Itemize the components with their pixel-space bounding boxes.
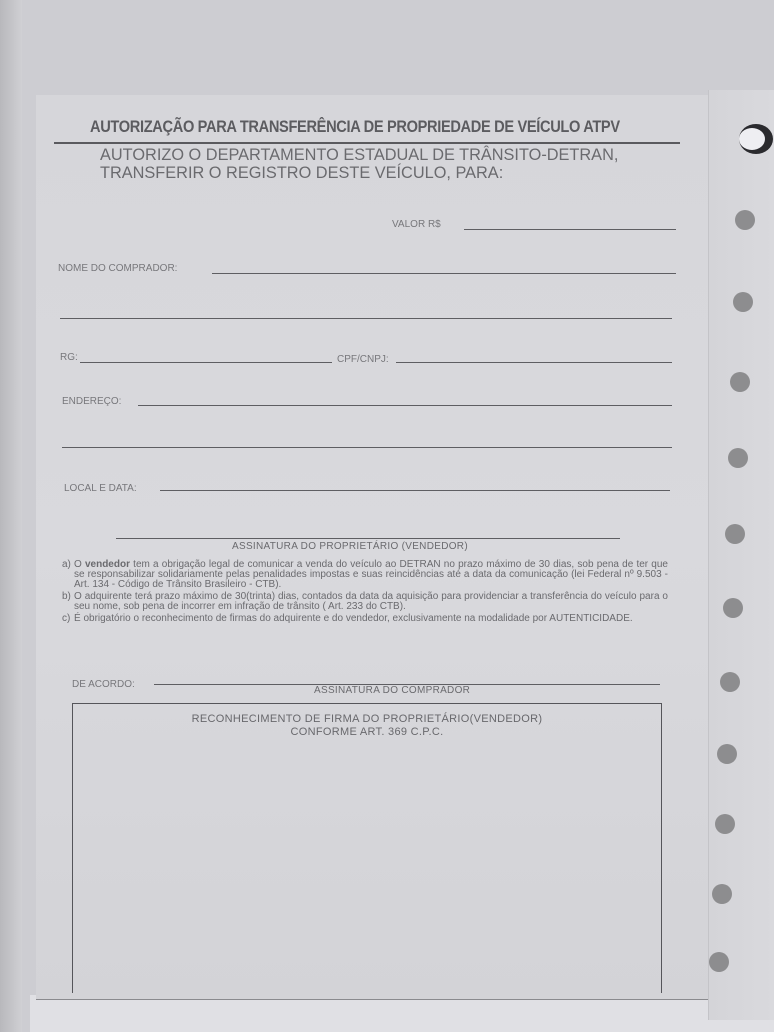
underlying-page xyxy=(30,995,774,1032)
cpf-cnpj-label: CPF/CNPJ: xyxy=(337,354,389,365)
agreement-label: DE ACORDO: xyxy=(72,679,135,690)
valor-field[interactable] xyxy=(464,229,676,230)
rg-label: RG: xyxy=(60,352,78,363)
subtitle-line-2: TRANSFERIR O REGISTRO DESTE VEÍCULO, PAR… xyxy=(100,164,618,182)
perforation-hole-icon xyxy=(739,128,765,150)
seller-signature-caption: ASSINATURA DO PROPRIETÁRIO (VENDEDOR) xyxy=(232,541,468,552)
notary-box-title: RECONHECIMENTO DE FIRMA DO PROPRIETÁRIO(… xyxy=(73,713,661,726)
address-field-line-2[interactable] xyxy=(62,447,672,448)
perforation-hole-icon xyxy=(725,524,745,544)
subtitle-line-1: AUTORIZO O DEPARTAMENTO ESTADUAL DE TRÂN… xyxy=(100,146,618,164)
buyer-name-field-line-2[interactable] xyxy=(60,318,672,319)
perforation-hole-icon xyxy=(735,210,755,230)
buyer-name-label: NOME DO COMPRADOR: xyxy=(58,263,177,274)
note-a: a) O vendedor tem a obrigação legal de c… xyxy=(62,560,668,590)
note-c: c) É obrigatório o reconhecimento de fir… xyxy=(62,614,668,624)
form-title: AUTORIZAÇÃO PARA TRANSFERÊNCIA DE PROPRI… xyxy=(90,117,620,137)
place-date-field[interactable] xyxy=(160,490,670,491)
perforation-hole-icon xyxy=(712,884,732,904)
address-field[interactable] xyxy=(138,405,672,406)
notary-recognition-box[interactable]: RECONHECIMENTO DE FIRMA DO PROPRIETÁRIO(… xyxy=(72,703,662,993)
address-label: ENDEREÇO: xyxy=(62,396,121,407)
perforation-hole-icon xyxy=(723,598,743,618)
perforation-hole-icon xyxy=(728,448,748,468)
perforation-hole-icon xyxy=(730,372,750,392)
buyer-name-field[interactable] xyxy=(212,273,676,274)
rg-field[interactable] xyxy=(80,362,332,363)
note-b: b) O adquirente terá prazo máximo de 30(… xyxy=(62,592,668,612)
perforation-strip xyxy=(708,90,774,1020)
perforation-hole-icon xyxy=(720,672,740,692)
notary-box-subtitle: CONFORME ART. 369 C.P.C. xyxy=(73,726,661,739)
title-divider xyxy=(54,142,680,144)
binder-edge xyxy=(0,0,22,1032)
perforation-hole-icon xyxy=(709,952,729,972)
valor-label: VALOR R$ xyxy=(392,219,441,230)
perforation-hole-icon xyxy=(715,814,735,834)
perforation-hole-icon xyxy=(717,744,737,764)
seller-signature-line[interactable] xyxy=(116,538,620,539)
form-subtitle: AUTORIZO O DEPARTAMENTO ESTADUAL DE TRÂN… xyxy=(100,146,618,182)
perforation-hole-icon xyxy=(733,292,753,312)
buyer-signature-caption: ASSINATURA DO COMPRADOR xyxy=(314,685,470,696)
place-date-label: LOCAL E DATA: xyxy=(64,483,137,494)
legal-notes: a) O vendedor tem a obrigação legal de c… xyxy=(62,560,668,626)
cpf-cnpj-field[interactable] xyxy=(396,362,672,363)
